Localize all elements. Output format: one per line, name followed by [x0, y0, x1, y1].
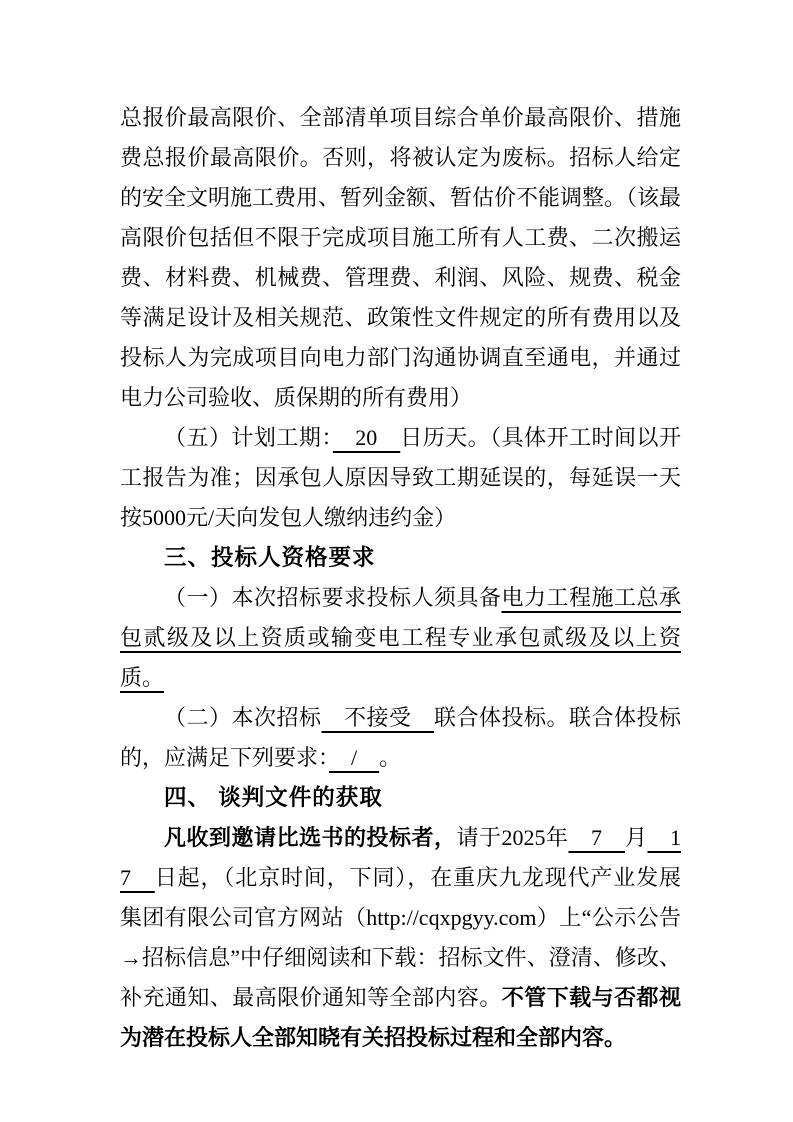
text-segment: （五）计划工期：: [164, 425, 333, 450]
para-qualification-requirement: （一）本次招标要求投标人须具备电力工程施工总承包贰级及以上资质或输变电工程专业承…: [120, 578, 681, 698]
invited-bidders-lead: 凡收到邀请比选书的投标者，: [164, 825, 456, 850]
section-3-title: 三、投标人资格要求: [164, 545, 376, 570]
para-document-acquisition: 凡收到邀请比选书的投标者，请于2025年 7 月 17 日起，（北京时间，下同）…: [120, 818, 681, 1058]
text-segment: （二）本次招标: [164, 705, 322, 730]
text-segment: 总报价最高限价、全部清单项目综合单价最高限价、措施费总报价最高限价。否则，将被认…: [120, 105, 681, 410]
para-consortium-bidding: （二）本次招标 不接受 联合体投标。联合体投标的，应满足下列要求： / 。: [120, 698, 681, 778]
consortium-acceptance-value: 不接受: [322, 705, 435, 730]
text-segment: （一）本次招标要求投标人须具备: [164, 585, 501, 610]
consortium-requirement-value: /: [329, 745, 379, 770]
para-price-limit-continuation: 总报价最高限价、全部清单项目综合单价最高限价、措施费总报价最高限价。否则，将被认…: [120, 98, 681, 418]
section-4-title: 四、 谈判文件的获取: [164, 785, 383, 810]
document-content: 总报价最高限价、全部清单项目综合单价最高限价、措施费总报价最高限价。否则，将被认…: [120, 98, 681, 1058]
heading-section-4-document-acquisition: 四、 谈判文件的获取: [120, 778, 681, 818]
text-segment: 请于2025年: [456, 825, 568, 850]
start-month-value: 7: [568, 825, 625, 850]
text-segment: 。: [379, 745, 401, 770]
heading-section-3-bidder-qualification: 三、投标人资格要求: [120, 538, 681, 578]
text-segment: 月: [625, 825, 648, 850]
duration-days-value: 20: [333, 425, 400, 450]
document-page: 总报价最高限价、全部清单项目综合单价最高限价、措施费总报价最高限价。否则，将被认…: [0, 0, 793, 1122]
para-planned-duration: （五）计划工期： 20 日历天。（具体开工时间以开工报告为准；因承包人原因导致工…: [120, 418, 681, 538]
